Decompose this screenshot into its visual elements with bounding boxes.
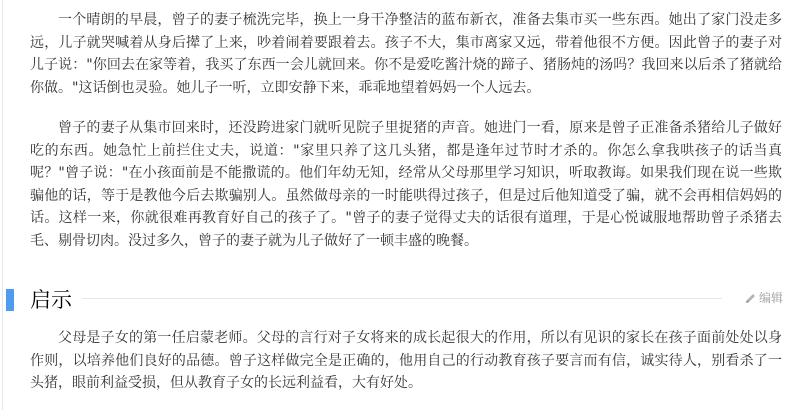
story-paragraph-2: 曾子的妻子从集市回来时，还没跨进家门就听见院子里捉猪的声音。她进门一看，原来是曾… (30, 117, 782, 252)
edit-button[interactable]: 编辑 (744, 290, 783, 306)
story-paragraph-1: 一个晴朗的早晨，曾子的妻子梳洗完毕，换上一身干净整洁的蓝布新衣，准备去集市买一些… (30, 9, 782, 99)
lesson-paragraph: 父母是子女的第一任启蒙老师。父母的言行对子女将来的成长起很大的作用，所以有见识的… (30, 327, 782, 395)
edit-label: 编辑 (759, 290, 783, 306)
section-accent-bar (6, 289, 14, 311)
pencil-icon (744, 292, 757, 305)
section-divider (82, 298, 722, 299)
left-border (2, 0, 3, 410)
section-title: 启示 (30, 286, 72, 314)
